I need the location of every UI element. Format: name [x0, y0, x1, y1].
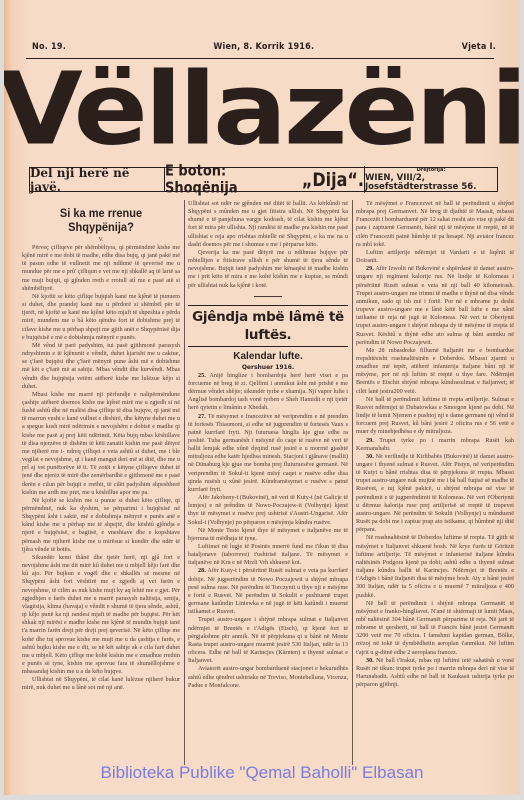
library-watermark: Biblioteka Publike "Qemal Baholli" Elbas… — [4, 763, 520, 783]
publisher-prefix: E boton: Shoqënija — [165, 162, 299, 197]
calendar-entry: Në rrashnaltësinë të Doberdos luftime të… — [356, 534, 514, 599]
paragraph: Mbasi kishe me marrë nji përfundje e nal… — [22, 391, 180, 497]
calendar-entry: Aviatorët austro-ungar bombarduenë stacj… — [188, 665, 348, 689]
calendar-entry: Luftimet në lugje të Posinës mnerrë fund… — [188, 543, 348, 567]
paragraph: Në kjoftë se këto çifliqe bujqish kanë m… — [22, 293, 180, 342]
calendar-entry: 27. Të mësymet e francezëve në veriprend… — [188, 413, 348, 495]
paragraph: Përveç çifliqeve për shëmbëltyra, qi për… — [22, 244, 180, 293]
article-title: Si ka me rrenue Shqypënija? — [28, 206, 173, 234]
paragraph: Në kjoftë se kishin me u punue si duhet … — [22, 497, 180, 554]
calendar-entry: 28. Afër Kuty-t i përsëritnë Rusët sulma… — [188, 567, 348, 616]
info-box: Del nji herë në javë. E boton: Shoqënija… — [29, 167, 498, 192]
column-2: Ullishtat sot ndër ne gjênden më ditët t… — [188, 200, 348, 760]
calendar-entry: 30. Në ball t'Irakut, mbas nji luftimi t… — [356, 657, 514, 690]
calendar-title: Kalendar lufte. — [188, 351, 348, 363]
calendar-month: Qershuer 1916. — [188, 363, 348, 372]
paragraph: Qeverija ka me pasë dëtyrë me u ndihmue … — [188, 249, 348, 290]
newspaper-page: No. 19. Wien, 8. Korrik 1916. Vjeta I. V… — [4, 0, 520, 795]
paragraph: Sikundër kemi thânë dhe tjetër herë, nji… — [22, 554, 180, 676]
paragraph: Ullishtat në Shqypëni, të cilat kanë lul… — [22, 676, 180, 692]
column-divider — [184, 200, 185, 765]
calendar-entry: Në Monte Testo kjenë thye të mësymet e i… — [188, 527, 348, 543]
calendar-entry: Në ball të perëndimit luftime të rrepta … — [356, 396, 514, 437]
calendar-entry: 30. Në verilindje të Kirlibabës (Bukovin… — [356, 453, 514, 535]
calendar-entry: 25. Anijë hinglize i bombardoja herë her… — [188, 372, 348, 413]
paragraph: Më vênd të parë padyshim, tui pasë gjith… — [22, 342, 180, 391]
publisher: E boton: Shoqënija „Dija“. — [165, 166, 365, 192]
article-columns: Si ka me rrenue Shqypënija? V. Përveç çi… — [22, 200, 516, 770]
calendar-entry: Afër Jakobeny-t (Bukovinë), në veri të K… — [188, 494, 348, 527]
calendar-entry: Në ball të perëndimit i shtýnë mbrapa Ge… — [356, 600, 514, 657]
publication-frequency: Del nji herë në javë. — [30, 168, 165, 191]
column-3: Të mësýmet e Francezvet në ball të perën… — [356, 200, 514, 760]
masthead-title: Vëllazënija — [4, 59, 520, 161]
calendar-entry: 29. Trupet tyrke po i marrin mbrapa Rusë… — [356, 437, 514, 453]
article-part: V. — [22, 236, 180, 244]
address: WIEN, VIII/2, Josefstädterstrasse 56. — [365, 174, 497, 191]
calendar-entry: Të mësýmet e Francezvet në ball të perën… — [356, 200, 514, 249]
calendar-entry: Me 28 mbasdreke filluenë Italjanët me e … — [356, 347, 514, 396]
column-1: Si ka me rrenue Shqypënija? V. Përveç çi… — [22, 200, 180, 755]
calendar-entry: Luftim artiljerije ndërmjet të Vardarit … — [356, 249, 514, 265]
column-divider — [352, 200, 353, 765]
article-separator — [254, 296, 282, 297]
paragraph: Ullishtat sot ndër ne gjênden më ditët t… — [188, 200, 348, 249]
section-title: Gjêndja mbë lâmë të luftës. — [188, 305, 348, 347]
calendar-entry: Trupet austro-ungare i shtýnë mbrapa sul… — [188, 616, 348, 665]
editorial-address: Drejtorija: WIEN, VIII/2, Josefstädterst… — [365, 168, 497, 191]
calendar-entry: 29. Afër Izwolit në Bukovinë e shpërdanë… — [356, 265, 514, 347]
publisher-name: „Dija“. — [302, 169, 364, 191]
